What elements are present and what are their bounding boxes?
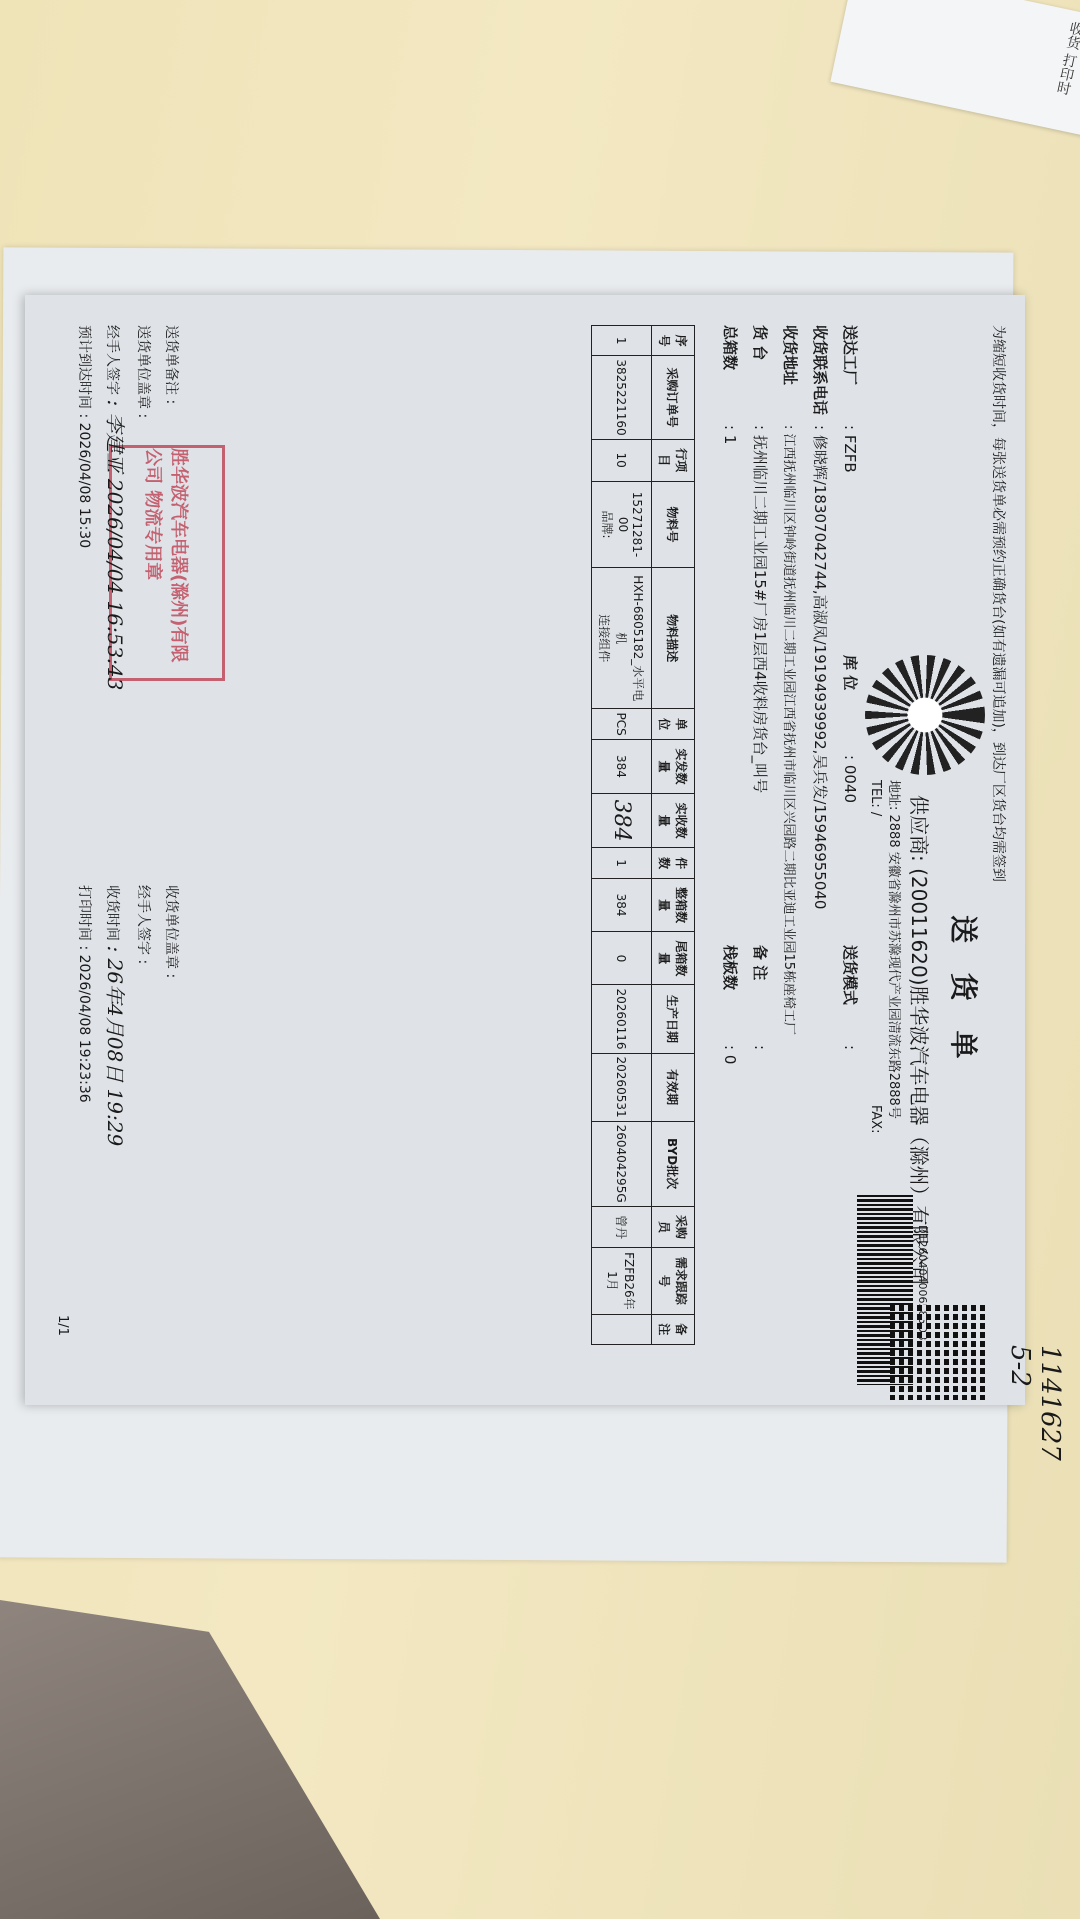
table-cell: 10 [592,439,652,481]
page-number: 1/1 [55,1315,70,1336]
column-header: 件数 [652,848,695,878]
column-header: 实发数量 [652,740,695,794]
table-cell: 曾丹 [592,1206,652,1248]
field-pallets: 栈板数: 0 [715,945,745,1064]
supplier-fax: FAX: [868,1105,883,1133]
delivery-note: 为缩短收货时间，每张送货单必需预约正确货台(如有遗漏可追加)，到达厂区货台均需签… [25,295,1025,1405]
corner-note-text: 收货 打印时 [1051,19,1080,96]
table-cell: 1 [592,848,652,878]
table-cell: 384 [592,793,652,848]
receiver-stamp-row: 收货单位盖章 : [157,885,185,1146]
table-cell: 3825221160 [592,356,652,439]
receiver-handler-row: 经手人签字 : [129,885,157,1146]
column-header: 整箱数量 [652,878,695,932]
footer-right: 收货单位盖章 : 经手人签字 : 收货时间 : 26年4月08日 19:29 打… [70,885,185,1146]
column-header: 采购员 [652,1206,695,1248]
field-remark: 备 注: [745,945,775,1050]
background-corner [0,1600,380,1919]
supplier-tel: TEL: / [868,780,883,816]
mini-program-qr-icon [865,655,985,775]
table-cell [592,1314,652,1344]
column-header: 备注 [652,1314,695,1344]
column-header: 物料号 [652,481,695,568]
field-factory: 送达工厂: FZFB [835,325,865,473]
field-location: 库 位: 0040 [835,655,865,803]
notice-text: 为缩短收货时间，每张送货单必需预约正确货台(如有遗漏可追加)，到达厂区货台均需签… [989,325,1007,885]
print-time-row: 打印时间 : 2026/04/08 19:23:36 [70,885,98,1146]
table-cell: 0 [592,932,652,985]
column-header: 采购订单号 [652,356,695,439]
table-header-row: 序号采购订单号行项目物料号物料描述单位实发数量实收数量件数整箱数量尾箱数量生产日… [652,326,695,1345]
table-cell: 384 [592,740,652,794]
corner-paper: 收货 打印时 [830,0,1080,136]
field-total-boxes: 总箱数: 1 [715,325,745,444]
table-cell: 384 [592,878,652,932]
column-header: 有效期 [652,1053,695,1121]
column-header: 需求跟踪号 [652,1248,695,1314]
qr-code-icon [890,1305,985,1400]
field-address: 收货地址: 江西抚州临川区钟岭街道抚州临川二期工业园江西省抚州市临川区兴园路二期… [773,325,805,1035]
field-dock: 货 台: 抚州临川二期工业园15#厂房1层西4收料房货台_叫号 [745,325,775,793]
column-header: 实收数量 [652,793,695,848]
column-header: 行项目 [652,439,695,481]
items-table: 序号采购订单号行项目物料号物料描述单位实发数量实收数量件数整箱数量尾箱数量生产日… [591,325,695,1345]
table-cell: 20260531 [592,1053,652,1121]
doc-title: 送 货 单 [945,915,985,1069]
receive-time-row: 收货时间 : 26年4月08日 19:29 [98,885,129,1146]
column-header: BYD批次 [652,1121,695,1206]
handwritten-id: 1141627 5-2 [1005,1345,1065,1461]
column-header: 物料描述 [652,568,695,709]
sender-handler-row: 经手人签字 : 李建亚 2026/04/04 16:53:43 [98,325,129,690]
table-cell: FZFB26年 1月 [592,1248,652,1314]
sender-stamp-row: 送货单位盖章 : [129,325,157,690]
field-contact: 收货联系电话: 修晓辉/18307042744,高淑凤/19194939992,… [805,325,835,909]
remark-row: 送货单备注 : [157,325,185,690]
field-delivery-mode: 送货模式: [835,945,865,1050]
footer-left: 送货单备注 : 送货单位盖章 : 经手人签字 : 李建亚 2026/04/04 … [70,325,185,690]
table-cell: PCS [592,709,652,740]
table-cell: 260404295G [592,1121,652,1206]
table-cell: 1 [592,326,652,356]
table-body: 138252211601015271281-00 品牌:HXH-6805182_… [592,326,652,1345]
eta-row: 预计到达时间 : 2026/04/08 15:30 [70,325,98,690]
table-row: 138252211601015271281-00 品牌:HXH-6805182_… [592,326,652,1345]
supplier-address: 地址: 2888 安徽省滁州市苏滁现代产业园清流东路2888号 [886,780,905,1119]
table-cell: 15271281-00 品牌: [592,481,652,568]
column-header: 生产日期 [652,985,695,1053]
table-cell: 20260116 [592,985,652,1053]
column-header: 尾箱数量 [652,932,695,985]
table-cell: HXH-6805182_水平电机 连接组件 [592,568,652,709]
column-header: 序号 [652,326,695,356]
column-header: 单位 [652,709,695,740]
